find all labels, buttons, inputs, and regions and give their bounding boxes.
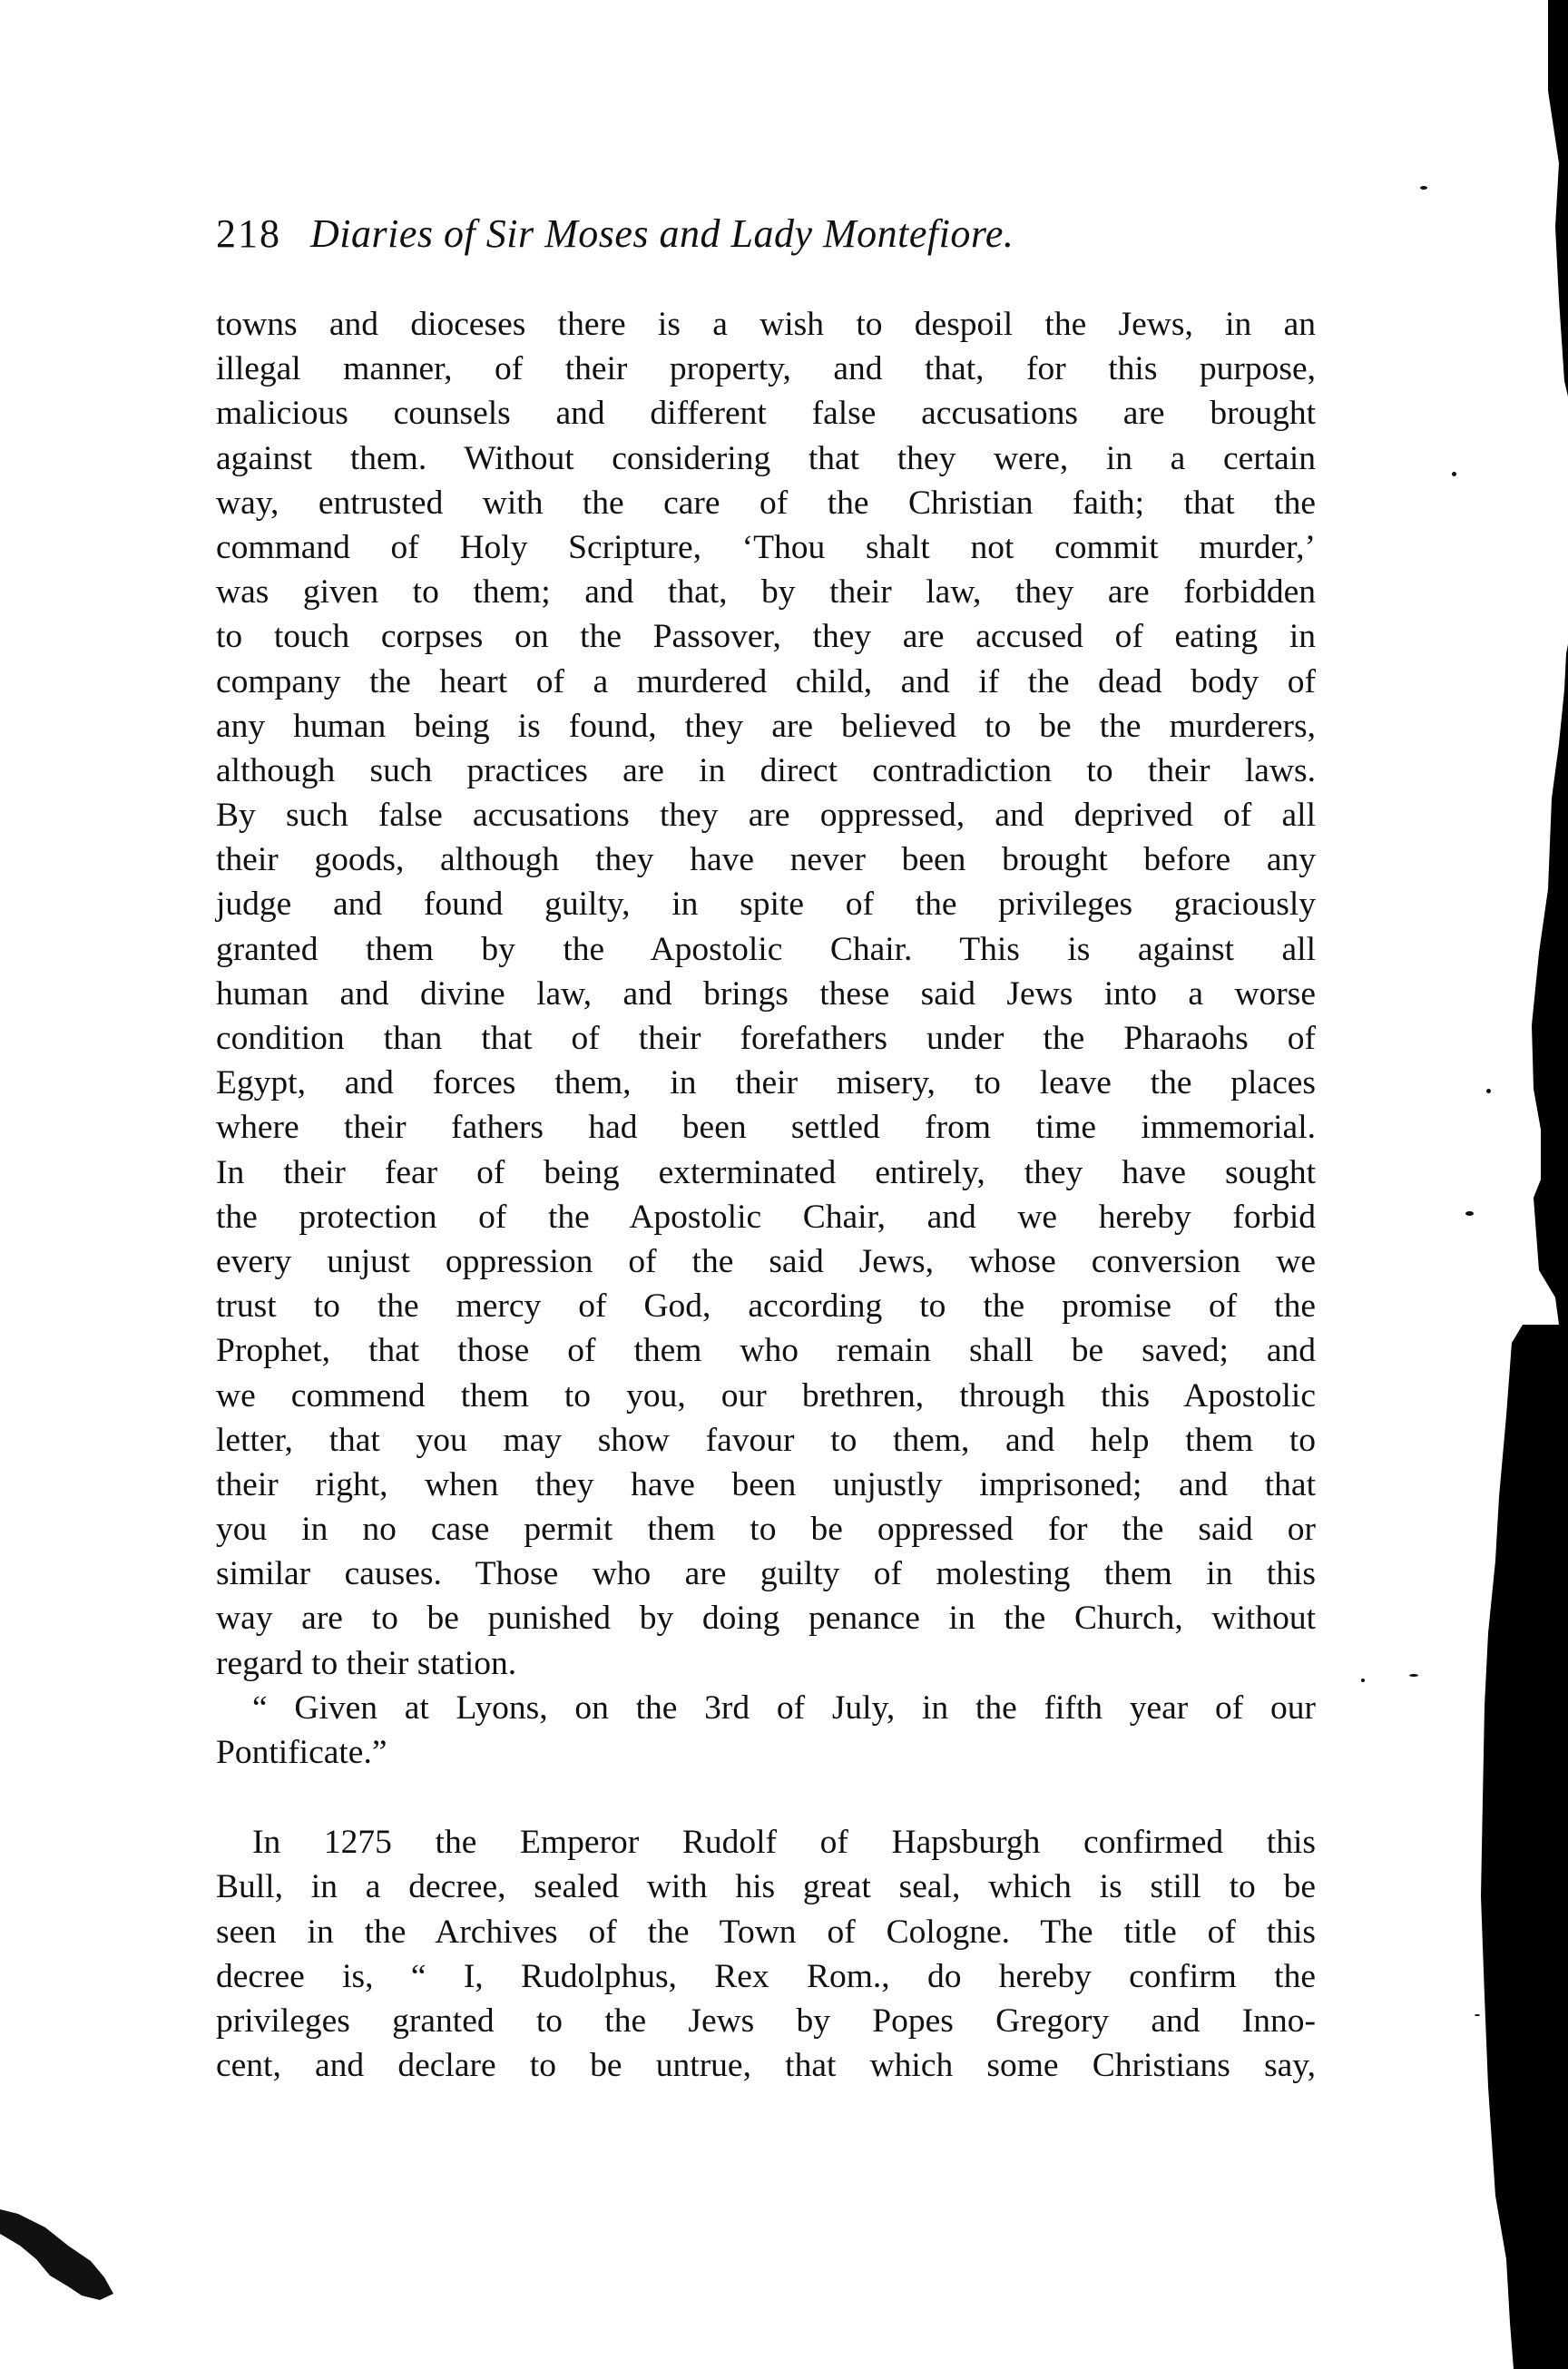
text-line: malicious counsels and different false a… <box>216 391 1316 436</box>
text-line: to touch corpses on the Passover, they a… <box>216 614 1316 659</box>
running-head: 218Diaries of Sir Moses and Lady Montefi… <box>216 207 1323 261</box>
text-line: command of Holy Scripture, ‘Thou shalt n… <box>216 525 1316 570</box>
text-line: trust to the mercy of God, according to … <box>216 1284 1316 1328</box>
text-line: was given to them; and that, by their la… <box>216 570 1316 614</box>
body-text: towns and dioceses there is a wish to de… <box>216 302 1316 2088</box>
text-line: Prophet, that those of them who remain s… <box>216 1328 1316 1373</box>
page-number: 218 <box>216 207 310 261</box>
text-line: similar causes. Those who are guilty of … <box>216 1552 1316 1596</box>
text-line: way, entrusted with the care of the Chri… <box>216 481 1316 525</box>
text-line: In their fear of being exterminated enti… <box>216 1150 1316 1195</box>
text-line: where their fathers had been settled fro… <box>216 1105 1316 1150</box>
text-line: company the heart of a murdered child, a… <box>216 660 1316 704</box>
text-line: every unjust oppression of the said Jews… <box>216 1239 1316 1284</box>
text-line: you in no case permit them to be oppress… <box>216 1507 1316 1552</box>
text-line: Pontificate.” <box>216 1730 1316 1775</box>
text-line: we commend them to you, our brethren, th… <box>216 1374 1316 1418</box>
scan-speck <box>1361 1679 1365 1682</box>
text-line: any human being is found, they are belie… <box>216 704 1316 749</box>
text-line: their goods, although they have never be… <box>216 837 1316 882</box>
paragraph-dateline: “ Given at Lyons, on the 3rd of July, in… <box>216 1686 1316 1775</box>
scan-speck <box>1409 1674 1418 1677</box>
text-line: condition than that of their forefathers… <box>216 1016 1316 1061</box>
text-line: decree is, “ I, Rudolphus, Rex Rom., do … <box>216 1954 1316 1999</box>
scan-speck <box>1420 186 1427 190</box>
paragraph-rudolf-decree: In 1275 the Emperor Rudolf of Hapsburgh … <box>216 1820 1316 2088</box>
text-line: granted them by the Apostolic Chair. Thi… <box>216 927 1316 972</box>
scan-smudge-artifact <box>0 2159 181 2369</box>
text-line: illegal manner, of their property, and t… <box>216 347 1316 391</box>
text-line: although such practices are in direct co… <box>216 749 1316 793</box>
text-line: their right, when they have been unjustl… <box>216 1463 1316 1507</box>
text-line: against them. Without considering that t… <box>216 436 1316 481</box>
text-line: cent, and declare to be untrue, that whi… <box>216 2043 1316 2088</box>
book-title: Diaries of Sir Moses and Lady Montefiore… <box>310 211 1014 256</box>
paragraph-gap <box>216 1775 1316 1820</box>
text-line: Bull, in a decree, sealed with his great… <box>216 1865 1316 1909</box>
text-line: letter, that you may show favour to them… <box>216 1418 1316 1463</box>
scan-speck <box>1465 1211 1474 1216</box>
text-line: By such false accusations they are oppre… <box>216 793 1316 837</box>
scan-speck <box>1486 1089 1491 1093</box>
text-line: privileges granted to the Jews by Popes … <box>216 1999 1316 2043</box>
text-line: judge and found guilty, in spite of the … <box>216 882 1316 926</box>
text-line: Egypt, and forces them, in their misery,… <box>216 1061 1316 1105</box>
book-page: 218Diaries of Sir Moses and Lady Montefi… <box>0 0 1568 2369</box>
text-line: way are to be punished by doing penance … <box>216 1596 1316 1640</box>
text-line: regard to their station. <box>216 1641 1316 1686</box>
binding-shadow-artifact <box>1405 0 1568 2369</box>
text-line: the protection of the Apostolic Chair, a… <box>216 1195 1316 1239</box>
text-line: seen in the Archives of the Town of Colo… <box>216 1910 1316 1954</box>
scan-speck <box>1475 2014 1480 2016</box>
text-line: “ Given at Lyons, on the 3rd of July, in… <box>216 1686 1316 1730</box>
text-line: human and divine law, and brings these s… <box>216 972 1316 1016</box>
paragraph-bull-text: towns and dioceses there is a wish to de… <box>216 302 1316 1686</box>
text-line: towns and dioceses there is a wish to de… <box>216 302 1316 347</box>
text-line: In 1275 the Emperor Rudolf of Hapsburgh … <box>216 1820 1316 1865</box>
scan-speck <box>1452 472 1456 476</box>
